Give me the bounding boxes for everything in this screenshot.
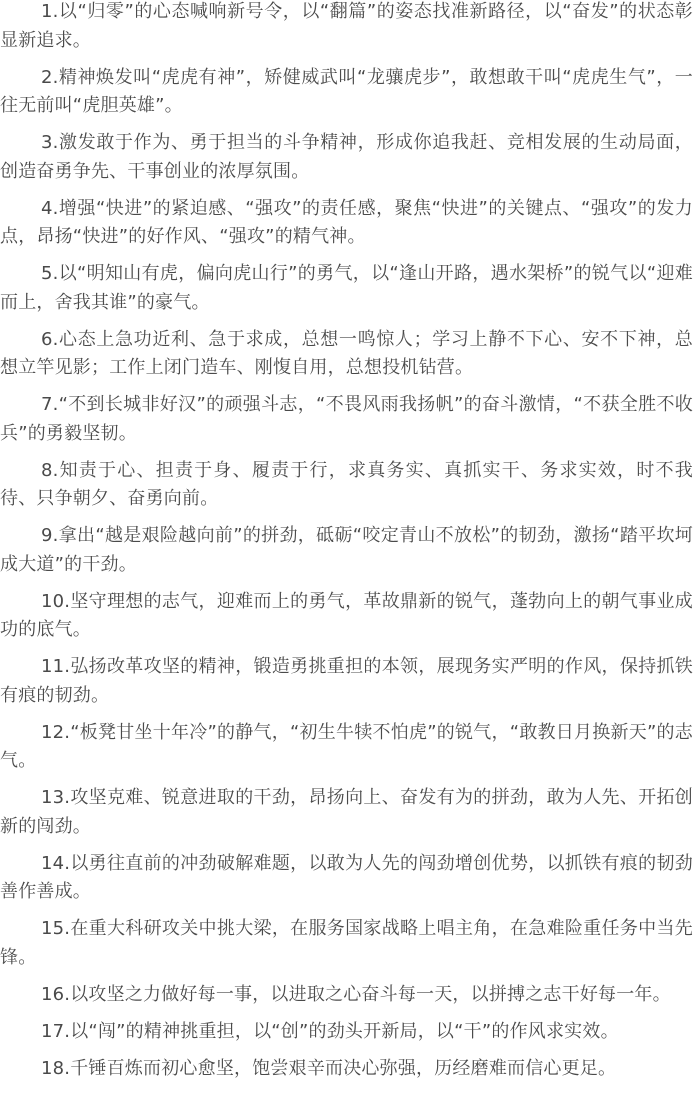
paragraph-8: 8.知责于心、担责于身、履责于行，求真务实、真抓实干、务求实效，时不我待、只争朝… [0,457,693,514]
paragraph-13: 13.攻坚克难、锐意进取的干劲，昂扬向上、奋发有为的拼劲，敢为人先、开拓创新的闯… [0,784,693,841]
paragraph-11: 11.弘扬改革攻坚的精神，锻造勇挑重担的本领，展现务实严明的作风，保持抓铁有痕的… [0,653,693,710]
paragraph-12: 12.“板凳甘坐十年冷”的静气，“初生牛犊不怕虎”的锐气，“敢教日月换新天”的志… [0,719,693,776]
paragraph-1: 1.以“归零”的心态喊响新号令，以“翻篇”的姿态找准新路径，以“奋发”的状态彰显… [0,0,693,55]
paragraph-15: 15.在重大科研攻关中挑大梁，在服务国家战略上唱主角，在急难险重任务中当先锋。 [0,915,693,972]
paragraph-4: 4.增强“快进”的紧迫感、“强攻”的责任感，聚焦“快进”的关键点、“强攻”的发力… [0,195,693,252]
paragraph-10: 10.坚守理想的志气，迎难而上的勇气，革故鼎新的锐气，蓬勃向上的朝气事业成功的底… [0,588,693,645]
paragraph-9: 9.拿出“越是艰险越向前”的拼劲，砥砺“咬定青山不放松”的韧劲，激扬“踏平坎坷成… [0,522,693,579]
paragraph-2: 2.精神焕发叫“虎虎有神”，矫健威武叫“龙骧虎步”，敢想敢干叫“虎虎生气”，一往… [0,64,693,121]
paragraph-7: 7.“不到长城非好汉”的顽强斗志，“不畏风雨我扬帆”的奋斗激情，“不获全胜不收兵… [0,391,693,448]
paragraph-3: 3.激发敢于作为、勇于担当的斗争精神，形成你追我赶、竞相发展的生动局面，创造奋勇… [0,129,693,186]
paragraph-6: 6.心态上急功近利、急于求成，总想一鸣惊人；学习上静不下心、安不下神，总想立竿见… [0,326,693,383]
article-body: 1.以“归零”的心态喊响新号令，以“翻篇”的姿态找准新路径，以“奋发”的状态彰显… [0,0,693,1083]
paragraph-17: 17.以“闯”的精神挑重担，以“创”的劲头开新局，以“干”的作风求实效。 [0,1018,693,1047]
paragraph-16: 16.以攻坚之力做好每一事，以进取之心奋斗每一天，以拼搏之志干好每一年。 [0,981,693,1010]
paragraph-18: 18.千锤百炼而初心愈坚，饱尝艰辛而决心弥强，历经磨难而信心更足。 [0,1055,693,1084]
paragraph-14: 14.以勇往直前的冲劲破解难题，以敢为人先的闯劲增创优势，以抓铁有痕的韧劲善作善… [0,850,693,907]
paragraph-5: 5.以“明知山有虎，偏向虎山行”的勇气，以“逢山开路，遇水架桥”的锐气以“迎难而… [0,260,693,317]
